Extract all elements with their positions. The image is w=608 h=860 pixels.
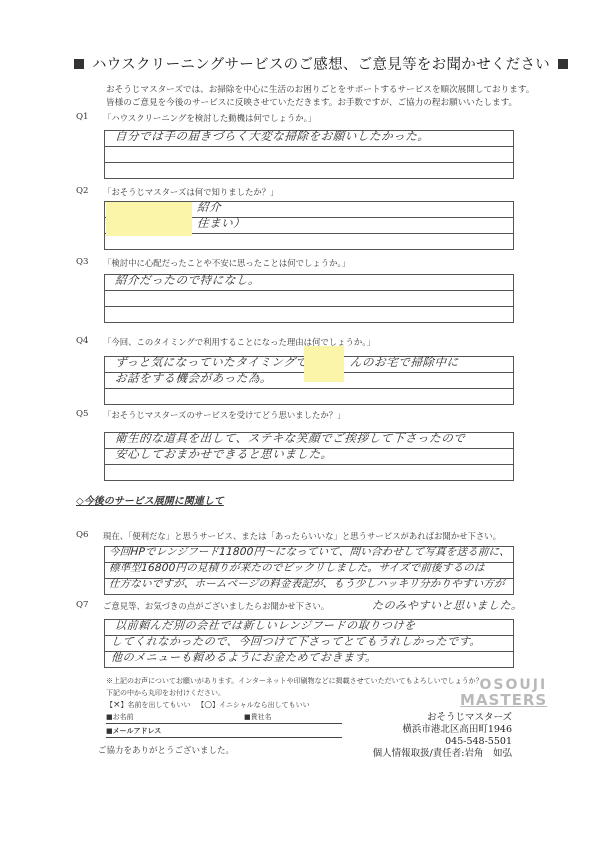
q2-question: 「おそうじマスターズは何で知りましたか？」 <box>103 186 278 198</box>
option-initial-ok[interactable]: 【○】イニシャルなら出してもいい <box>197 701 309 709</box>
q7-answer-box[interactable]: 以前頼んだ別の会社では新しいレンジフードの取りつけを してくれなかったので、今回… <box>104 619 514 668</box>
q6-question: 現在、「便利だな」と思うサービス、または「あったらいいな」と思うサービスがあれば… <box>103 530 501 542</box>
q6-answer-overflow: たのみやすいと思いました。 <box>371 597 523 613</box>
thanks-text: ご協力をありがとうございました。 <box>98 744 234 756</box>
square-bullet-icon <box>558 59 568 69</box>
email-field[interactable] <box>106 737 342 738</box>
q5-answer-line: 衛生的な道具を出して、ステキな笑顔でご挨拶して下さったので <box>114 430 466 446</box>
q1-label: Q1 <box>76 112 89 122</box>
x-mark-icon: × <box>113 700 121 710</box>
q5-question: 「おそうじマスターズのサービスを受けてどう思いましたか？」 <box>103 409 345 421</box>
q3-answer-line: 紹介だったので特になし。 <box>114 272 260 288</box>
q5-answer-box[interactable]: 衛生的な道具を出して、ステキな笑顔でご挨拶して下さったので 安心しておまかせでき… <box>104 432 514 481</box>
q1-answer-box[interactable]: 自分では手の届きづらく大変な掃除をお願いしたかった。 <box>104 130 514 179</box>
q2-answer-line: 紹介 <box>196 199 221 215</box>
redaction-block <box>106 202 192 236</box>
q3-label: Q3 <box>76 257 89 267</box>
q5-label: Q5 <box>76 409 89 419</box>
q3-answer-box[interactable]: 紹介だったので特になし。 <box>104 274 514 323</box>
company-logo: OSOUJI MASTERS <box>460 678 547 708</box>
q6-answer-box[interactable]: 今回HPでレンジフード11800円〜になっていて、問い合わせして写真を送る前に、… <box>104 546 514 595</box>
privacy-officer: 個人情報取扱/責任者:岩角 如弘 <box>373 748 512 760</box>
company-field-label: ■貴社名 <box>244 712 272 722</box>
redaction-block <box>304 346 344 382</box>
consent-options: 【×】名前を出してもいい 【○】イニシャルなら出してもいい <box>106 700 310 710</box>
q3-question: 「検討中に心配だったことや不安に思ったことは何でしょうか。」 <box>103 257 350 269</box>
circle-mark-icon: ○ <box>204 700 212 710</box>
q4-label: Q4 <box>76 336 89 346</box>
q2-label: Q2 <box>76 186 89 196</box>
consent-instruction: 下記の中から丸印をお付けください。 <box>106 688 225 698</box>
company-address: 横浜市港北区高田町1946 <box>373 724 512 736</box>
email-field-label: ■メールアドレス <box>106 726 161 736</box>
company-phone: 045-548-5501 <box>373 736 512 748</box>
name-field[interactable] <box>106 723 342 724</box>
page-title: ハウスクリーニングサービスのご感想、ご意見等をお聞かせください <box>74 53 544 74</box>
consent-note: ※上記のお声についてお願いがあります。インターネットや印刷物などに掲載させていた… <box>106 676 483 686</box>
company-info: おそうじマスターズ 横浜市港北区高田町1946 045-548-5501 個人情… <box>373 712 512 760</box>
company-name: おそうじマスターズ <box>373 712 512 724</box>
section-heading: ◇今後のサービス展開に関連して <box>76 492 224 507</box>
intro-text: おそうじマスターズでは、お掃除を中心に生活のお困りごとをサポートするサービスを順… <box>106 84 534 110</box>
q7-answer-line: 以前頼んだ別の会社では新しいレンジフードの取りつけを <box>114 617 416 633</box>
name-field-label: ■お名前 <box>106 712 134 722</box>
q6-answer-line: 今回HPでレンジフード11800円〜になっていて、問い合わせして写真を送る前に、 <box>108 544 510 559</box>
option-name-ok[interactable]: 【×】名前を出してもいい <box>106 701 191 709</box>
q4-answer-line: ずっと気になっていたタイミングで、 んのお宅で掃除中に <box>114 354 459 370</box>
q7-question: ご意見等、お気づきの点がございましたらお聞かせ下さい。 <box>103 600 329 612</box>
q7-label: Q7 <box>76 600 89 610</box>
square-bullet-icon <box>74 59 84 69</box>
q1-question: 「ハウスクリーニングを検討した動機は何でしょうか。」 <box>103 112 316 124</box>
q1-answer-line: 自分では手の届きづらく大変な掃除をお願いしたかった。 <box>114 128 430 144</box>
q6-label: Q6 <box>76 530 89 540</box>
